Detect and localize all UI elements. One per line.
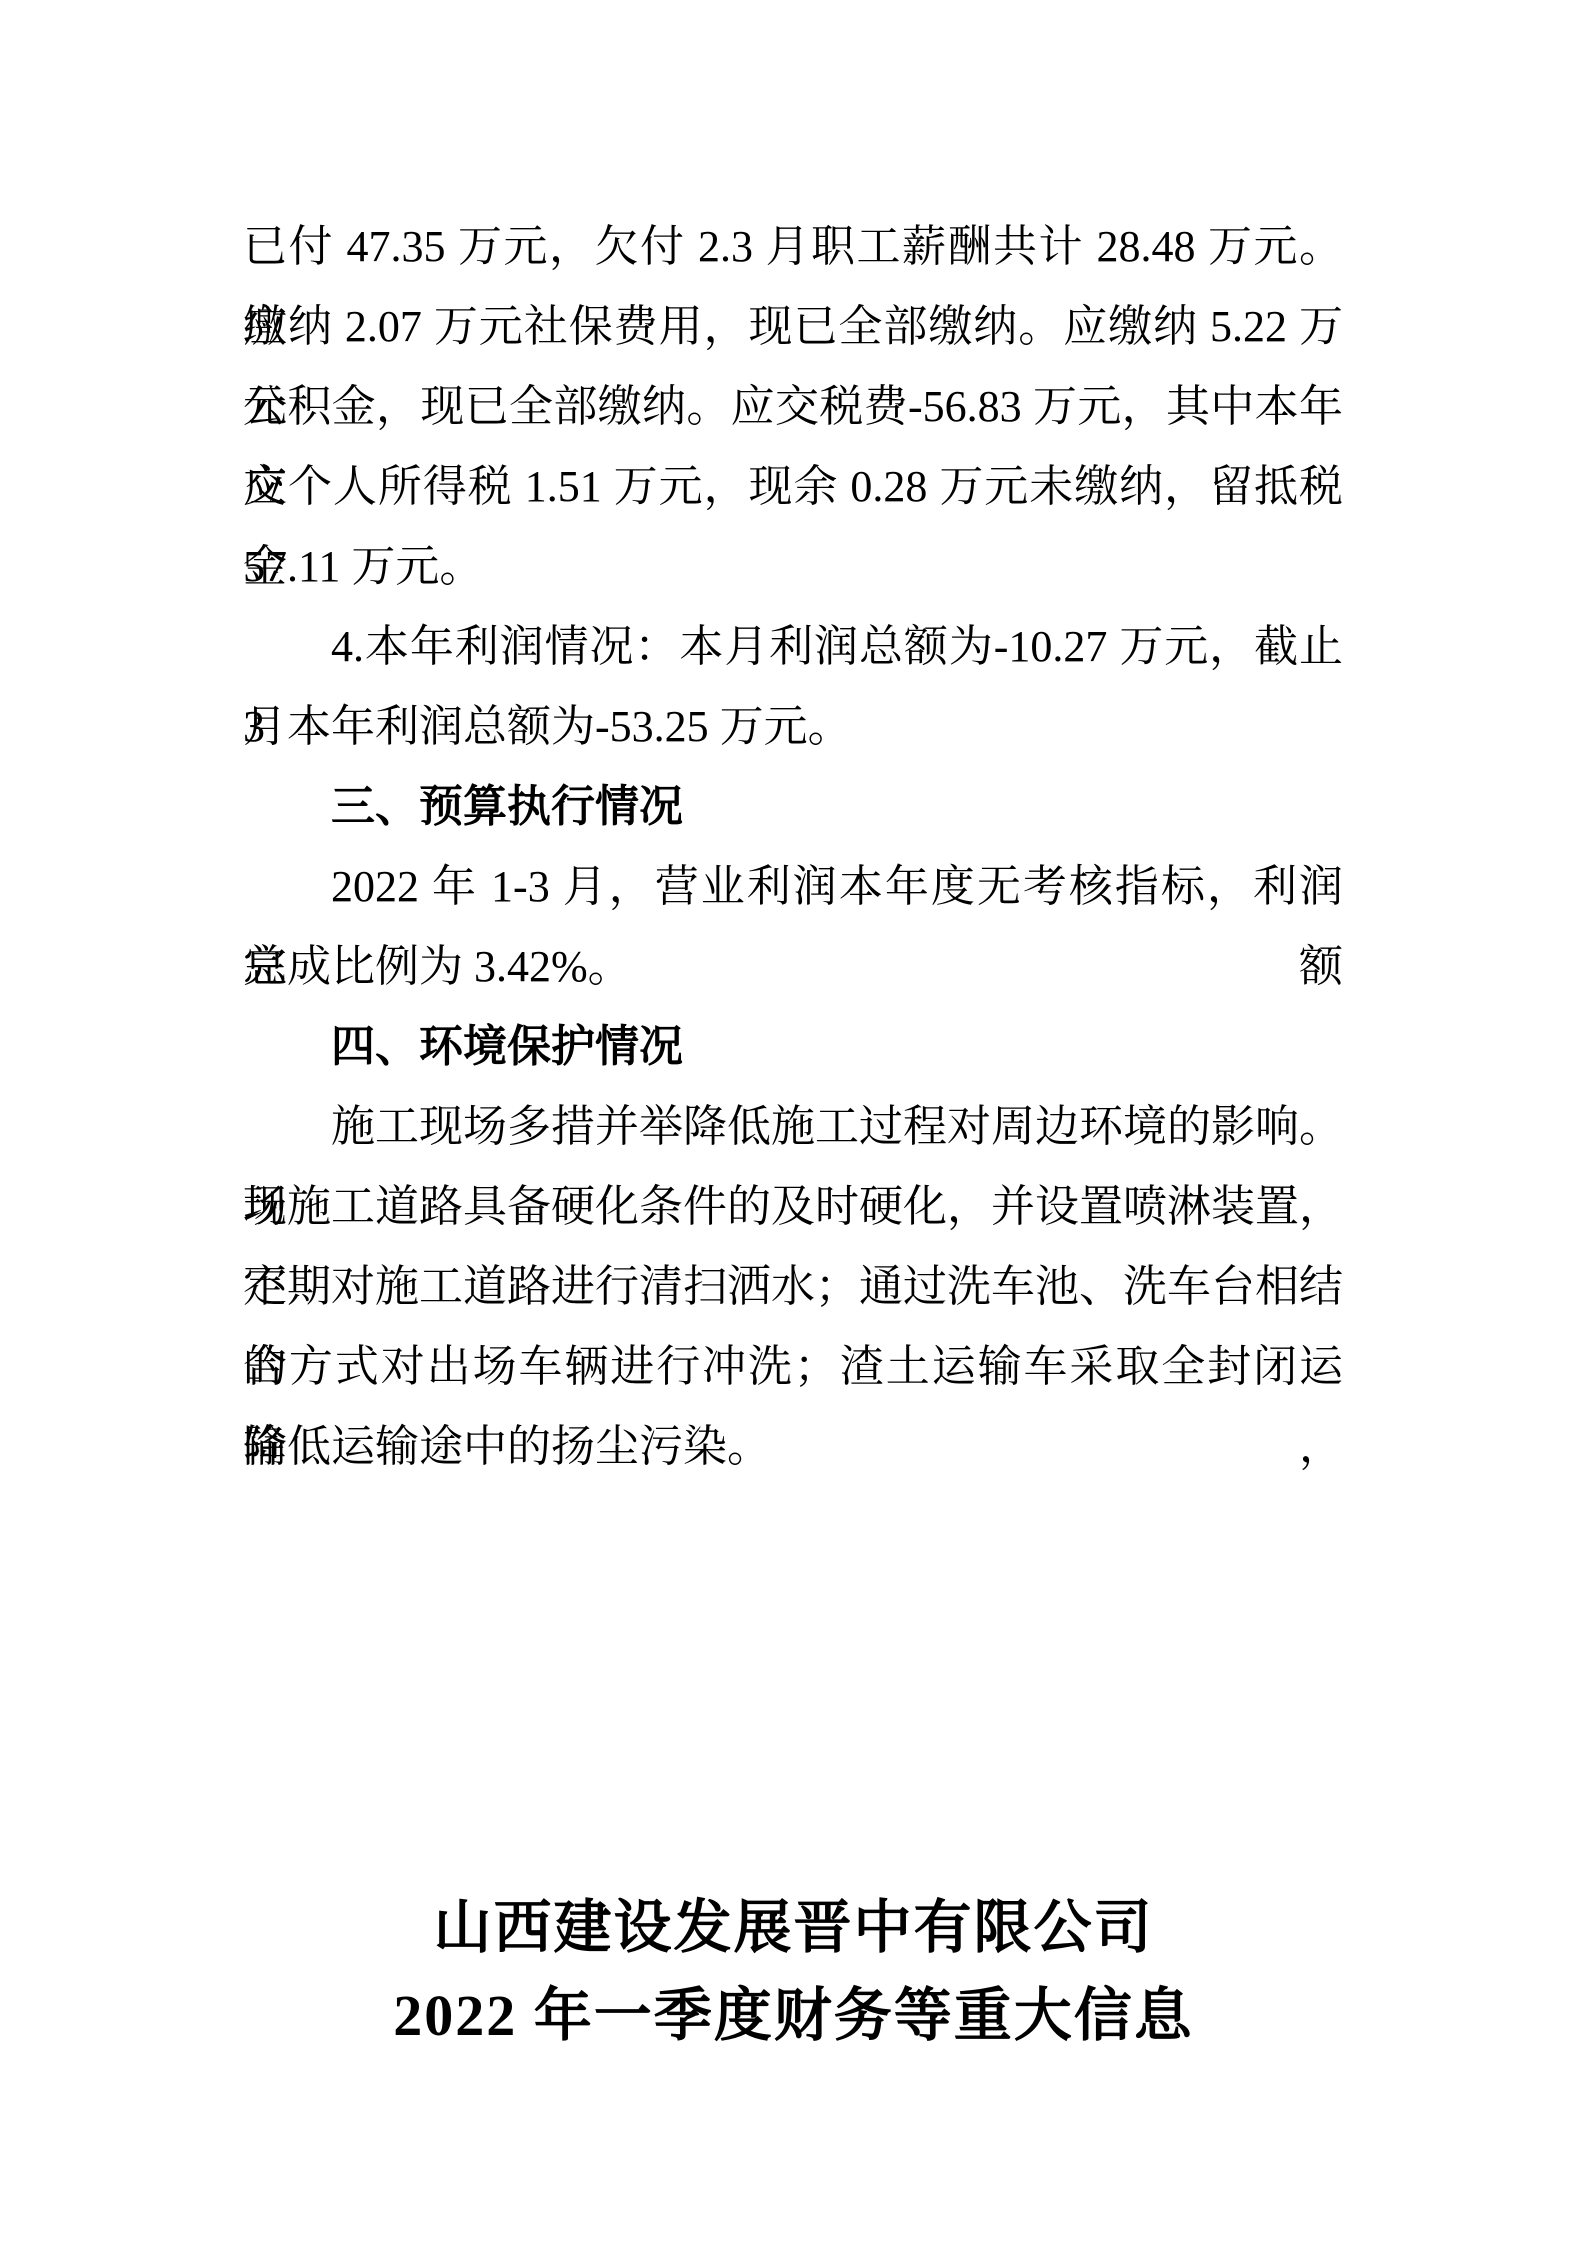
report-title-block: 山西建设发展晋中有限公司 2022 年一季度财务等重大信息 xyxy=(0,1884,1587,2060)
body-line: 场施工道路具备硬化条件的及时硬化，并设置喷淋装置，不 xyxy=(243,1167,1343,1247)
document-body-text: 已付 47.35 万元，欠付 2.3 月职工薪酬共计 28.48 万元。应 缴纳… xyxy=(243,207,1343,1487)
company-name-title: 山西建设发展晋中有限公司 xyxy=(0,1884,1587,1972)
body-line: 已付 47.35 万元，欠付 2.3 月职工薪酬共计 28.48 万元。应 xyxy=(243,207,1343,287)
body-line: 4.本年利润情况：本月利润总额为-10.27 万元，截止 3 xyxy=(243,607,1343,687)
section-heading-environment: 四、环境保护情况 xyxy=(243,1007,1343,1087)
section-heading-budget: 三、预算执行情况 xyxy=(243,767,1343,847)
body-line: 交个人所得税 1.51 万元，现余 0.28 万元未缴纳，留抵税金 xyxy=(243,447,1343,527)
body-line: 2022 年 1-3 月，营业利润本年度无考核指标，利润总额 xyxy=(243,847,1343,927)
report-period-title: 2022 年一季度财务等重大信息 xyxy=(0,1972,1587,2060)
body-line: 月本年利润总额为-53.25 万元。 xyxy=(243,687,1343,767)
body-line: 的方式对出场车辆进行冲洗；渣土运输车采取全封闭运输， xyxy=(243,1327,1343,1407)
body-line: 定期对施工道路进行清扫洒水；通过洗车池、洗车台相结合 xyxy=(243,1247,1343,1327)
body-line: 公积金，现已全部缴纳。应交税费-56.83 万元，其中本年应 xyxy=(243,367,1343,447)
body-line: 施工现场多措并举降低施工过程对周边环境的影响。现 xyxy=(243,1087,1343,1167)
body-line: 57.11 万元。 xyxy=(243,527,1343,607)
body-line: 缴纳 2.07 万元社保费用，现已全部缴纳。应缴纳 5.22 万元 xyxy=(243,287,1343,367)
document-page: 已付 47.35 万元，欠付 2.3 月职工薪酬共计 28.48 万元。应 缴纳… xyxy=(0,0,1587,2245)
